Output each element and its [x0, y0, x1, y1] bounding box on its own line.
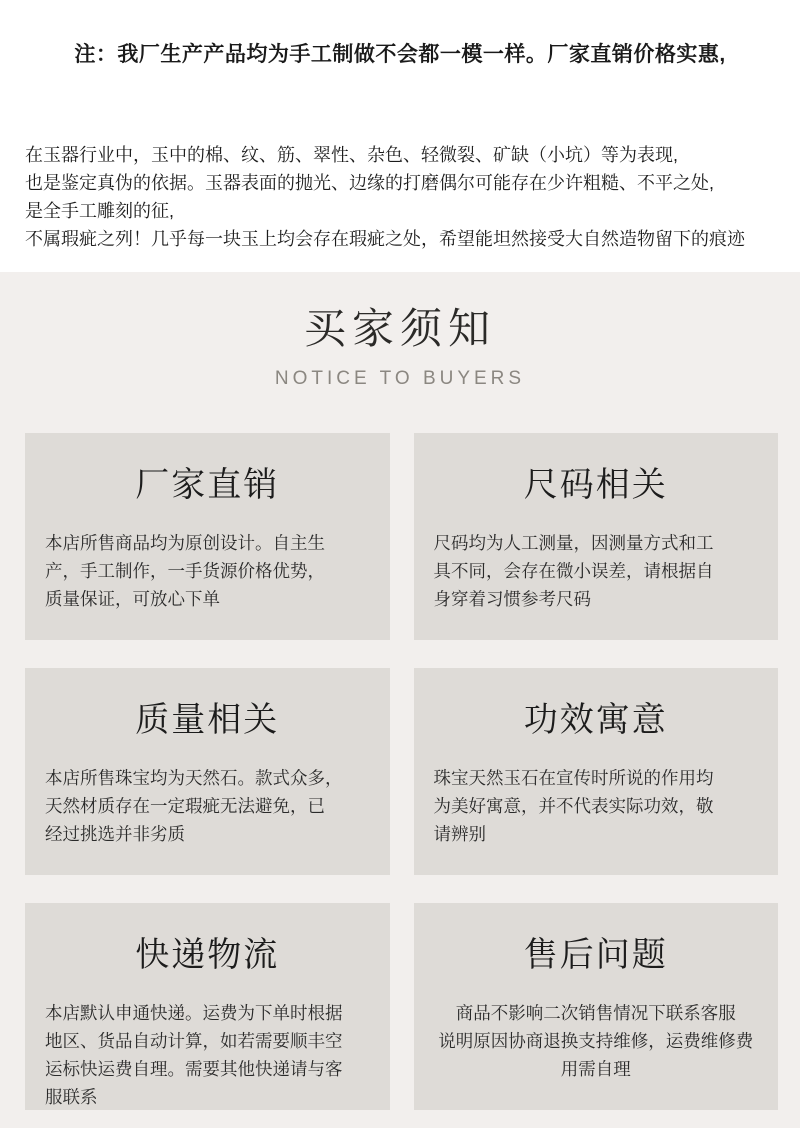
- card-body: 本店默认申通快递。运费为下单时根据 地区、货品自动计算，如若需要顺丰空 运标快运…: [25, 999, 390, 1110]
- card-shipping-logistics: 快递物流 本店默认申通快递。运费为下单时根据 地区、货品自动计算，如若需要顺丰空…: [25, 903, 390, 1110]
- card-quality: 质量相关 本店所售珠宝均为天然石。款式众多， 天然材质存在一定瑕疵无法避免，已 …: [25, 668, 390, 875]
- card-body: 本店所售商品均为原创设计。自主生 产，手工制作，一手货源价格优势， 质量保证，可…: [25, 529, 390, 613]
- card-title: 尺码相关: [414, 463, 779, 507]
- section-subtitle-english: NOTICE TO BUYERS: [0, 368, 800, 390]
- card-title: 厂家直销: [25, 463, 390, 507]
- card-efficacy-meaning: 功效寓意 珠宝天然玉石在宣传时所说的作用均 为美好寓意，并不代表实际功效，敬 请…: [414, 668, 779, 875]
- card-title: 售后问题: [414, 933, 779, 977]
- buyer-notice-section: 买家须知 NOTICE TO BUYERS 厂家直销 本店所售商品均为原创设计。…: [0, 272, 800, 1128]
- card-body: 珠宝天然玉石在宣传时所说的作用均 为美好寓意，并不代表实际功效，敬 请辨别: [414, 764, 779, 848]
- notice-cards-grid: 厂家直销 本店所售商品均为原创设计。自主生 产，手工制作，一手货源价格优势， 质…: [25, 433, 778, 1110]
- card-title: 快递物流: [25, 933, 390, 977]
- section-title: 买家须知: [0, 304, 800, 354]
- top-note-band: 注：我厂生产产品均为手工制做不会都一模一样。厂家直销价格实惠, 在玉器行业中，玉…: [0, 0, 800, 272]
- card-body: 尺码均为人工测量，因测量方式和工 具不同，会存在微小误差，请根据自 身穿着习惯参…: [414, 529, 779, 613]
- card-title: 功效寓意: [414, 698, 779, 742]
- card-body: 商品不影响二次销售情况下联系客服 说明原因协商退换支持维修，运费维修费 用需自理: [414, 999, 779, 1083]
- handmade-disclaimer-note: 注：我厂生产产品均为手工制做不会都一模一样。厂家直销价格实惠,: [0, 42, 800, 67]
- card-title: 质量相关: [25, 698, 390, 742]
- jade-industry-intro-paragraph: 在玉器行业中，玉中的棉、纹、筋、翠性、杂色、轻微裂、矿缺（小坑）等为表现, 也是…: [25, 141, 775, 253]
- card-body: 本店所售珠宝均为天然石。款式众多， 天然材质存在一定瑕疵无法避免，已 经过挑选并…: [25, 764, 390, 848]
- card-factory-direct: 厂家直销 本店所售商品均为原创设计。自主生 产，手工制作，一手货源价格优势， 质…: [25, 433, 390, 640]
- card-after-sales: 售后问题 商品不影响二次销售情况下联系客服 说明原因协商退换支持维修，运费维修费…: [414, 903, 779, 1110]
- card-sizing: 尺码相关 尺码均为人工测量，因测量方式和工 具不同，会存在微小误差，请根据自 身…: [414, 433, 779, 640]
